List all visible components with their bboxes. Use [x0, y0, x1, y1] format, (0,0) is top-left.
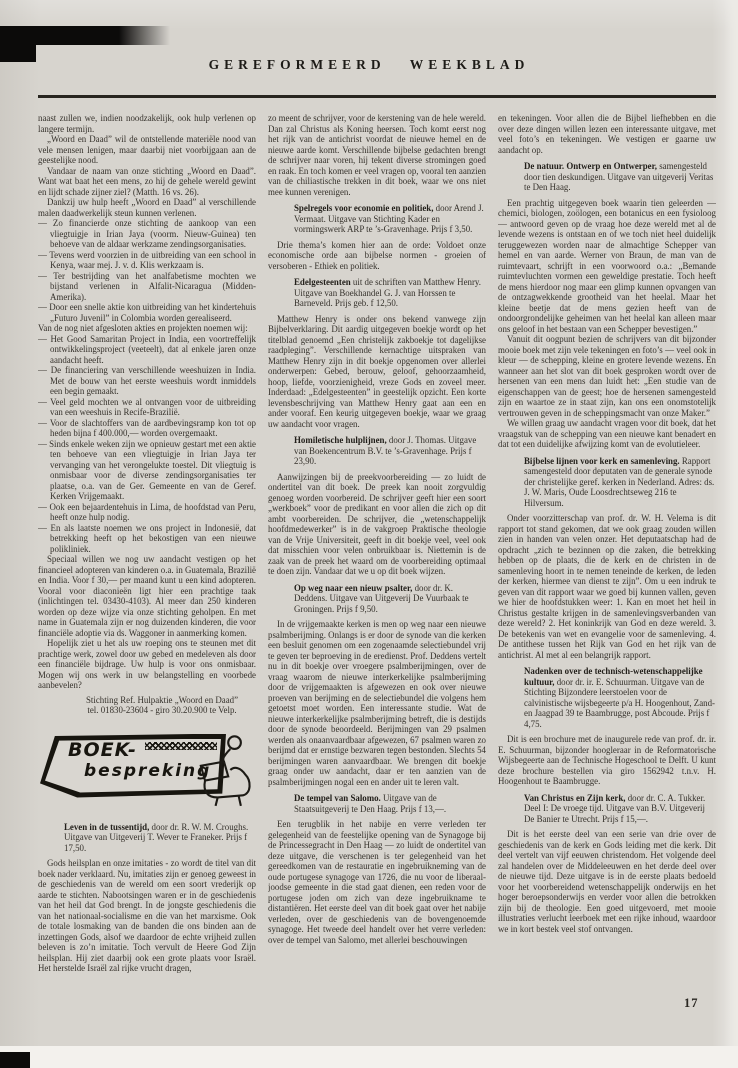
book-review-heading: Van Christus en Zijn kerk, door dr. C. A… — [524, 793, 716, 825]
scan-artifact-bottom — [0, 1046, 738, 1068]
paragraph: Gods heilsplan en onze imitaties - zo wo… — [38, 858, 256, 974]
book-review-heading: Op weg naar een nieuw psalter, door dr. … — [294, 583, 486, 615]
paragraph: Dankzij uw hulp heeft „Woord en Daad” al… — [38, 197, 256, 218]
scan-artifact-bottom-corner — [0, 1052, 30, 1068]
book-review-heading: Nadenken over de technisch-wetenschappel… — [524, 666, 716, 729]
paragraph: Een prachtig uitgegeven boek waarin tien… — [498, 198, 716, 335]
paragraph: Dit is het eerste deel van een serie van… — [498, 829, 716, 934]
signature-line: tel. 01830-23604 - giro 30.20.900 te Vel… — [68, 705, 256, 716]
book-title: Spelregels voor economie en politiek, — [294, 203, 433, 213]
list-item: — Zo financierde onze stichting de aanko… — [38, 218, 256, 250]
column-2: zo meent de schrijver, voor de kerstenin… — [268, 113, 486, 1025]
header-rule — [38, 95, 716, 98]
paragraph: Een terugblik in het nabije en verre ver… — [268, 819, 486, 945]
paragraph: en tekeningen. Voor allen die de Bijbel … — [498, 113, 716, 155]
column-3: en tekeningen. Voor allen die de Bijbel … — [498, 113, 716, 1025]
paragraph: Onder voorzitterschap van prof. dr. W. H… — [498, 513, 716, 660]
paragraph: Dit is een brochure met de inaugurele re… — [498, 734, 716, 787]
article-columns: naast zullen we, indien noodzakelijk, oo… — [38, 113, 716, 1025]
paragraph: In de vrijgemaakte kerken is men op weg … — [268, 619, 486, 787]
column-1: naast zullen we, indien noodzakelijk, oo… — [38, 113, 256, 1025]
paragraph: naast zullen we, indien noodzakelijk, oo… — [38, 113, 256, 134]
list-item: — En als laatste noemen we ons project i… — [38, 523, 256, 555]
logo-word-boek: BOEK- — [68, 739, 137, 761]
paragraph: zo meent de schrijver, voor de kerstenin… — [268, 113, 486, 197]
book-review-heading: Edelgesteenten uit de schriften van Matt… — [294, 277, 486, 309]
book-review-heading: De tempel van Salomo. Uitgave van de Sta… — [294, 793, 486, 814]
scan-edge-right — [724, 0, 738, 1068]
list-item: — Tevens werd voorzien in de uitbreiding… — [38, 250, 256, 271]
paragraph: Drie thema’s komen hier aan de orde: Vol… — [268, 240, 486, 272]
book-title: De tempel van Salomo. — [294, 793, 381, 803]
list-item: — Het Good Samaritan Project in India, e… — [38, 334, 256, 366]
list-item: — De financiering van verschillende wees… — [38, 365, 256, 397]
book-review-heading: Spelregels voor economie en politiek, do… — [294, 203, 486, 235]
paragraph: Aanwijzingen bij de preekvoorbereiding —… — [268, 472, 486, 577]
list-item: — Door een snelle aktie kon uitbreiding … — [38, 302, 256, 323]
masthead-title: GEREFORMEERD WEEKBLAD — [0, 57, 738, 73]
boek-bespreking-logo: BOEK- bespreking — [38, 728, 256, 814]
paragraph: Speciaal willen we nog uw aandacht vesti… — [38, 554, 256, 638]
list-item: — Sinds enkele weken zijn we opnieuw ges… — [38, 439, 256, 502]
list-item: — Ook een bejaardentehuis in Lima, de ho… — [38, 502, 256, 523]
signature-block: Stichting Ref. Hulpaktie „Woord en Daad”… — [38, 695, 256, 716]
paragraph: Hopelijk ziet u het als uw roeping ons t… — [38, 638, 256, 691]
book-review-heading: De natuur. Ontwerp en Ontwerper, samenge… — [524, 161, 716, 193]
book-title: Leven in de tussentijd, — [64, 822, 149, 832]
paragraph: „Woord en Daad” wil de ontstellende mate… — [38, 134, 256, 166]
reading-person-icon — [192, 730, 256, 808]
list-item: — Voor de slachtoffers van de aardbeving… — [38, 418, 256, 439]
book-title: Bijbelse lijnen voor kerk en samenleving… — [524, 456, 680, 466]
paragraph: We willen graag uw aandacht vragen voor … — [498, 418, 716, 450]
book-title: De natuur. Ontwerp en Ontwerper, — [524, 161, 657, 171]
book-review-heading: Homiletische hulplijnen, door J. Thomas.… — [294, 435, 486, 467]
paragraph: Matthew Henry is onder ons bekend vanweg… — [268, 314, 486, 430]
book-review-heading: Bijbelse lijnen voor kerk en samenleving… — [524, 456, 716, 509]
book-title: Van Christus en Zijn kerk, — [524, 793, 626, 803]
scanned-magazine-page: { "page": { "masthead": "GEREFORMEERD WE… — [0, 0, 738, 1068]
list-item: — Veel geld mochten we al ontvangen voor… — [38, 397, 256, 418]
paragraph: Van de nog niet afgesloten akties en pro… — [38, 323, 256, 334]
book-title: Homiletische hulplijnen, — [294, 435, 387, 445]
paragraph: Vandaar de naam van onze stichting „Woor… — [38, 166, 256, 198]
paragraph: Vanuit dit oogpunt bezien de schrijvers … — [498, 334, 716, 418]
page-number: 17 — [684, 996, 699, 1011]
book-title: Edelgesteenten — [294, 277, 351, 287]
book-review-heading: Leven in de tussentijd, door dr. R. W. M… — [64, 822, 256, 854]
list-item: — Ter bestrijding van het analfabetisme … — [38, 271, 256, 303]
book-title: Op weg naar een nieuw psalter, — [294, 583, 412, 593]
signature-line: Stichting Ref. Hulpaktie „Woord en Daad” — [68, 695, 256, 706]
